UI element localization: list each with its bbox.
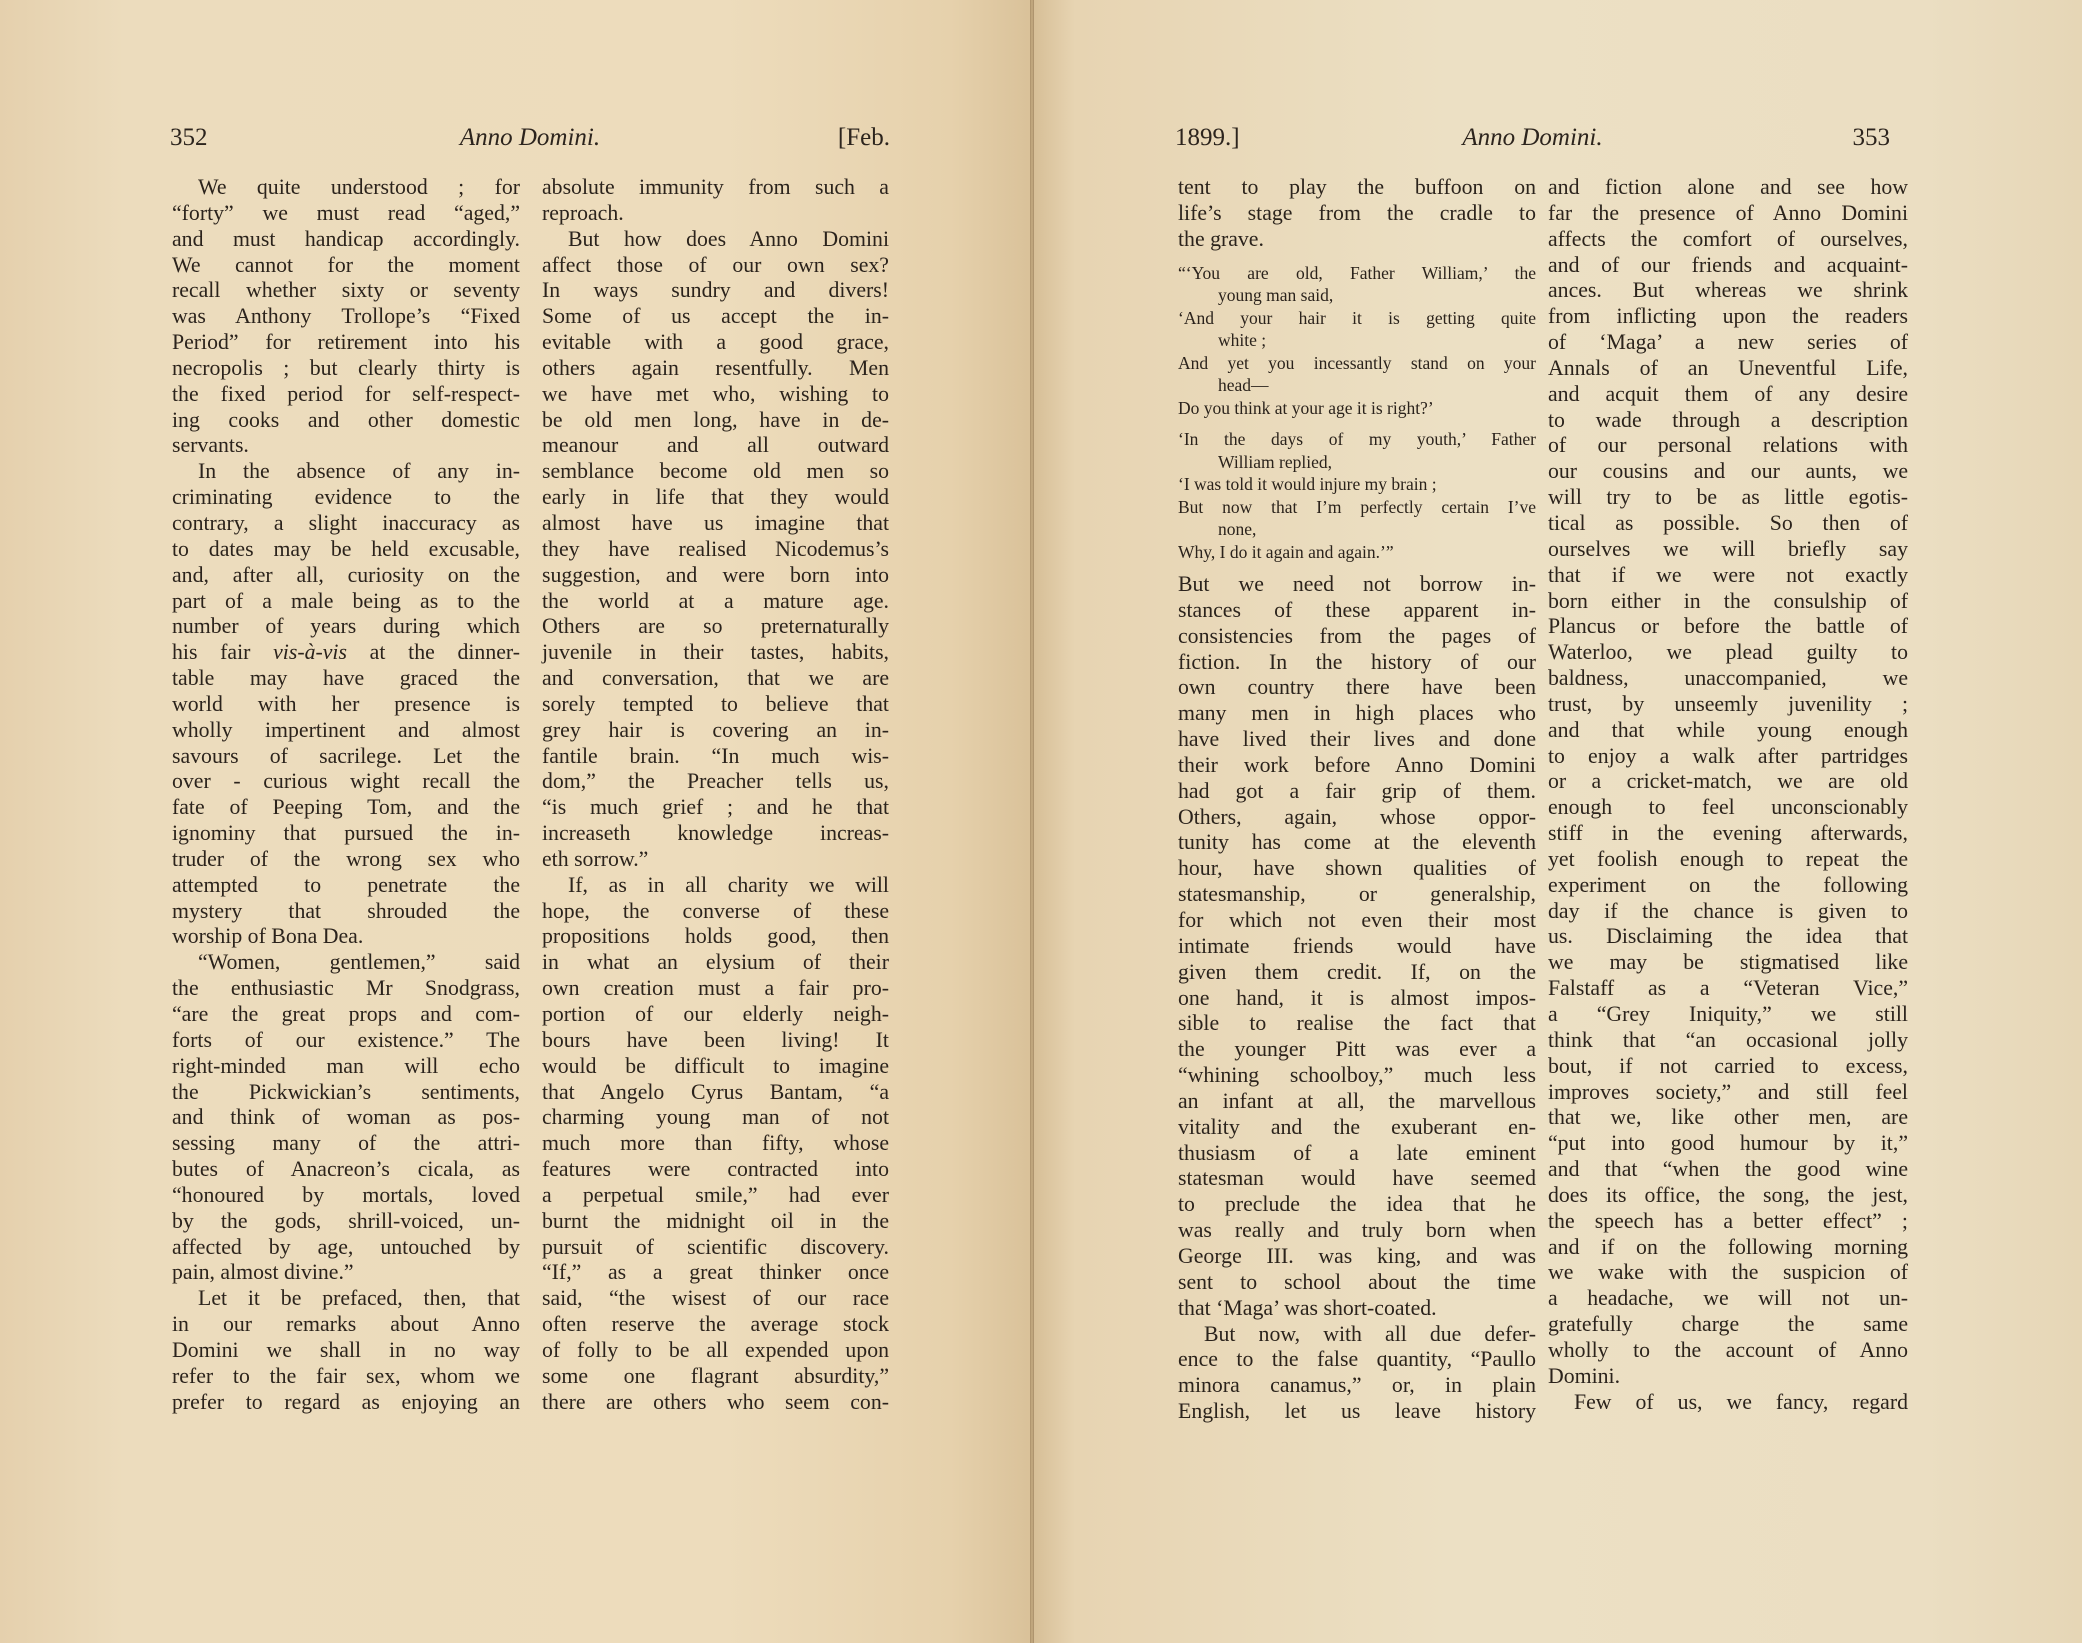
text-line: But now, with all due defer- [1178, 1322, 1536, 1348]
text-line: we may be stigmatised like [1548, 950, 1908, 976]
text-line: our cousins and our aunts, we [1548, 459, 1908, 485]
text-line: “honoured by mortals, loved [172, 1183, 520, 1209]
left-running-head: 352 Anno Domini. [Feb. [170, 124, 890, 160]
text-line: does its office, the song, the jest, [1548, 1183, 1908, 1209]
text-line: given them credit. If, on the [1178, 960, 1536, 986]
text-line: servants. [172, 433, 520, 459]
verse-line: But now that I’m perfectly certain I’ve [1178, 496, 1536, 519]
text-line: the world at a mature age. [542, 589, 889, 615]
text-line: the speech has a better effect” ; [1548, 1209, 1908, 1235]
text-line: in our remarks about Anno [172, 1312, 520, 1338]
text-line: attempted to penetrate the [172, 873, 520, 899]
text-line: that if we were not exactly [1548, 563, 1908, 589]
text-line: and acquit them of any desire [1548, 382, 1908, 408]
text-line: early in life that they would [542, 485, 889, 511]
text-line: burnt the midnight oil in the [542, 1209, 889, 1235]
text-line: English, let us leave history [1178, 1399, 1536, 1425]
text-line: gratefully charge the same [1548, 1312, 1908, 1338]
text-line: hope, the converse of these [542, 899, 889, 925]
left-page-column-1: We quite understood ; for“forty” we must… [172, 175, 520, 1416]
text-line: a perpetual smile,” had ever [542, 1183, 889, 1209]
italic-phrase: vis-à-vis [273, 640, 347, 664]
text-line: “are the great props and com- [172, 1002, 520, 1028]
text-line: We cannot for the moment [172, 253, 520, 279]
text-line: Let it be prefaced, then, that [172, 1286, 520, 1312]
text-line: Some of us accept the in- [542, 304, 889, 330]
text-line: tical as possible. So then of [1548, 511, 1908, 537]
text-line: If, as in all charity we will [542, 873, 889, 899]
text-line: we have met who, wishing to [542, 382, 889, 408]
text-line: enough to feel unconscionably [1548, 795, 1908, 821]
text-line: intimate friends would have [1178, 934, 1536, 960]
text-line: charming young man of not [542, 1105, 889, 1131]
text-line: of folly to be all expended upon [542, 1338, 889, 1364]
book-spread: 352 Anno Domini. [Feb. 1899.] Anno Domin… [0, 0, 2082, 1643]
text-line: refer to the fair sex, whom we [172, 1364, 520, 1390]
text-line: the Pickwickian’s sentiments, [172, 1080, 520, 1106]
verse-line: William replied, [1178, 451, 1536, 474]
text-line: dom,” the Preacher tells us, [542, 769, 889, 795]
running-date-left: [Feb. [838, 124, 890, 152]
text-line: “forty” we must read “aged,” [172, 201, 520, 227]
text-line: over - curious wight recall the [172, 769, 520, 795]
text-line: contrary, a slight inaccuracy as [172, 511, 520, 537]
text-line: Period” for retirement into his [172, 330, 520, 356]
text-line: “If,” as a great thinker once [542, 1260, 889, 1286]
text-line: reproach. [542, 201, 889, 227]
text-line: Plancus or before the battle of [1548, 614, 1908, 640]
text-line: will try to be as little egotis- [1548, 485, 1908, 511]
text-line: statesmanship, or generalship, [1178, 882, 1536, 908]
text-line: sible to realise the fact that [1178, 1011, 1536, 1037]
text-line: trust, by unseemly juvenility ; [1548, 692, 1908, 718]
text-line: recall whether sixty or seventy [172, 278, 520, 304]
text-line: yet foolish enough to repeat the [1548, 847, 1908, 873]
text-line: a “Grey Iniquity,” we still [1548, 1002, 1908, 1028]
text-line: But we need not borrow in- [1178, 572, 1536, 598]
text-line: ing cooks and other domestic [172, 408, 520, 434]
text-line: almost have us imagine that [542, 511, 889, 537]
text-line: propositions holds good, then [542, 924, 889, 950]
stanza-break [1178, 419, 1536, 428]
text-line: we wake with the suspicion of [1548, 1260, 1908, 1286]
text-line: stances of these apparent in- [1178, 598, 1536, 624]
text-line: much more than fifty, whose [542, 1131, 889, 1157]
text-line: We quite understood ; for [172, 175, 520, 201]
text-line: sessing many of the attri- [172, 1131, 520, 1157]
text-line: affects the comfort of ourselves, [1548, 227, 1908, 253]
text-line: wholly to the account of Anno [1548, 1338, 1908, 1364]
running-title-left: Anno Domini. [170, 124, 890, 152]
right-page-column-2: and fiction alone and see howfar the pre… [1548, 175, 1908, 1416]
text-line: to wade through a description [1548, 408, 1908, 434]
text-line: to preclude the idea that he [1178, 1192, 1536, 1218]
text-line: had got a fair grip of them. [1178, 779, 1536, 805]
text-line: stiff in the evening afterwards, [1548, 821, 1908, 847]
verse-line: Do you think at your age it is right?’ [1178, 397, 1536, 420]
text-line: bours have been living! It [542, 1028, 889, 1054]
text-line: prefer to regard as enjoying an [172, 1390, 520, 1416]
text-line: semblance become old men so [542, 459, 889, 485]
text-line: absolute immunity from such a [542, 175, 889, 201]
text-line: sorely tempted to believe that [542, 692, 889, 718]
verse-line: ‘In the days of my youth,’ Father [1178, 428, 1536, 451]
text-line: juvenile in their tastes, habits, [542, 640, 889, 666]
text-line: that Angelo Cyrus Bantam, “a [542, 1080, 889, 1106]
text-line: mystery that shrouded the [172, 899, 520, 925]
text-line: or a cricket-match, we are old [1548, 769, 1908, 795]
text-line: baldness, unaccompanied, we [1548, 666, 1908, 692]
text-line: statesman would have seemed [1178, 1166, 1536, 1192]
text-line: the fixed period for self-respect- [172, 382, 520, 408]
text-line: the grave. [1178, 227, 1536, 253]
text-line: eth sorrow.” [542, 847, 889, 873]
page-number-right: 353 [1853, 124, 1891, 152]
text-line: sent to school about the time [1178, 1270, 1536, 1296]
verse-line: ‘I was told it would injure my brain ; [1178, 473, 1536, 496]
text-line: world with her presence is [172, 692, 520, 718]
text-line: think that “an occasional jolly [1548, 1028, 1908, 1054]
verse-line: “‘You are old, Father William,’ the [1178, 262, 1536, 285]
text-line: bout, if not carried to excess, [1548, 1054, 1908, 1080]
text-line: the enthusiastic Mr Snodgrass, [172, 976, 520, 1002]
text-line: portion of our elderly neigh- [542, 1002, 889, 1028]
text-line: “put into good humour by it,” [1548, 1131, 1908, 1157]
text-line: Falstaff as a “Veteran Vice,” [1548, 976, 1908, 1002]
text-line: they have realised Nicodemus’s [542, 537, 889, 563]
text-line: one hand, it is almost impos- [1178, 986, 1536, 1012]
text-line: his fair vis-à-vis at the dinner- [172, 640, 520, 666]
text-line: ignominy that pursued the in- [172, 821, 520, 847]
text-line: from inflicting upon the readers [1548, 304, 1908, 330]
verse-line: And yet you incessantly stand on your [1178, 352, 1536, 375]
text-line: there are others who seem con- [542, 1390, 889, 1416]
text-line: improves society,” and still feel [1548, 1080, 1908, 1106]
text-line: was really and truly born when [1178, 1218, 1536, 1244]
text-line: and that while young enough [1548, 718, 1908, 744]
verse-line: white ; [1178, 329, 1536, 352]
text-line: and fiction alone and see how [1548, 175, 1908, 201]
text-line: that ‘Maga’ was short-coated. [1178, 1296, 1536, 1322]
text-line: vitality and the exuberant en- [1178, 1115, 1536, 1141]
text-line: by the gods, shrill-voiced, un- [172, 1209, 520, 1235]
text-line: the younger Pitt was ever a [1178, 1037, 1536, 1063]
text-line: others again resentfully. Men [542, 356, 889, 382]
text-line: often reserve the average stock [542, 1312, 889, 1338]
text-line: worship of Bona Dea. [172, 924, 520, 950]
verse-line: young man said, [1178, 284, 1536, 307]
text-line: suggestion, and were born into [542, 563, 889, 589]
text-line: “whining schoolboy,” much less [1178, 1063, 1536, 1089]
text-line: truder of the wrong sex who [172, 847, 520, 873]
text-line: many men in high places who [1178, 701, 1536, 727]
text-line: ence to the false quantity, “Paullo [1178, 1347, 1536, 1373]
text-line: some one flagrant absurdity,” [542, 1364, 889, 1390]
verse-line: ‘And your hair it is getting quite [1178, 307, 1536, 330]
verse-line: Why, I do it again and again.’” [1178, 541, 1536, 564]
text-line: have lived their lives and done [1178, 727, 1536, 753]
text-line: Few of us, we fancy, regard [1548, 1390, 1908, 1416]
text-line: “is much grief ; and he that [542, 795, 889, 821]
text-line: and of our friends and acquaint- [1548, 253, 1908, 279]
running-title-right: Anno Domini. [1175, 124, 1890, 152]
text-line: grey hair is covering an in- [542, 718, 889, 744]
text-line: increaseth knowledge increas- [542, 821, 889, 847]
verse-spacing [1178, 253, 1536, 262]
text-line: hour, have shown qualities of [1178, 856, 1536, 882]
text-line: “Women, gentlemen,” said [172, 950, 520, 976]
text-line: part of a male being as to the [172, 589, 520, 615]
text-line: Others are so preternaturally [542, 614, 889, 640]
verse-spacing [1178, 563, 1536, 572]
text-line: Annals of an Uneventful Life, [1548, 356, 1908, 382]
text-line: butes of Anacreon’s cicala, as [172, 1157, 520, 1183]
text-line: a headache, we will not un- [1548, 1286, 1908, 1312]
verse-line: none, [1178, 518, 1536, 541]
text-line: ourselves we will briefly say [1548, 537, 1908, 563]
left-page-column-2: absolute immunity from such areproach.Bu… [542, 175, 889, 1416]
text-line: and, after all, curiosity on the [172, 563, 520, 589]
text-line: fiction. In the history of our [1178, 650, 1536, 676]
text-line: consistencies from the pages of [1178, 624, 1536, 650]
text-line: for which not even their most [1178, 908, 1536, 934]
text-line: tunity has come at the eleventh [1178, 830, 1536, 856]
text-line: born either in the consulship of [1548, 589, 1908, 615]
text-line: tent to play the buffoon on [1178, 175, 1536, 201]
text-line: fate of Peeping Tom, and the [172, 795, 520, 821]
text-line: far the presence of Anno Domini [1548, 201, 1908, 227]
text-line: pursuit of scientific discovery. [542, 1235, 889, 1261]
text-line: evitable with a good grace, [542, 330, 889, 356]
text-line: of our personal relations with [1548, 433, 1908, 459]
text-line: be old men long, have in de- [542, 408, 889, 434]
text-line: Domini. [1548, 1364, 1908, 1390]
text-line: day if the chance is given to [1548, 899, 1908, 925]
text-line: own country there have been [1178, 675, 1536, 701]
right-running-head: 1899.] Anno Domini. 353 [1175, 124, 1890, 160]
text-line: said, “the wisest of our race [542, 1286, 889, 1312]
text-line: their work before Anno Domini [1178, 753, 1536, 779]
text-line: fantile brain. “In much wis- [542, 744, 889, 770]
text-line: minora canamus,” or, in plain [1178, 1373, 1536, 1399]
text-line: Others, again, whose oppor- [1178, 805, 1536, 831]
verse-line: head— [1178, 374, 1536, 397]
text-line: right-minded man will echo [172, 1054, 520, 1080]
text-line: Domini we shall in no way [172, 1338, 520, 1364]
text-line: thusiasm of a late eminent [1178, 1141, 1536, 1167]
text-line: and must handicap accordingly. [172, 227, 520, 253]
text-line: in what an elysium of their [542, 950, 889, 976]
text-line: us. Disclaiming the idea that [1548, 924, 1908, 950]
text-line: number of years during which [172, 614, 520, 640]
text-line: and that “when the good wine [1548, 1157, 1908, 1183]
text-line: and if on the following morning [1548, 1235, 1908, 1261]
text-line: that we, like other men, are [1548, 1105, 1908, 1131]
text-line: ances. But whereas we shrink [1548, 278, 1908, 304]
text-line: pain, almost divine.” [172, 1260, 520, 1286]
text-line: necropolis ; but clearly thirty is [172, 356, 520, 382]
text-line: But how does Anno Domini [542, 227, 889, 253]
text-line: would be difficult to imagine [542, 1054, 889, 1080]
text-line: Waterloo, we plead guilty to [1548, 640, 1908, 666]
text-line: and think of woman as pos- [172, 1105, 520, 1131]
text-line: and conversation, that we are [542, 666, 889, 692]
text-line: of ‘Maga’ a new series of [1548, 330, 1908, 356]
text-line: to dates may be held excusable, [172, 537, 520, 563]
text-line: was Anthony Trollope’s “Fixed [172, 304, 520, 330]
right-page-column-1: tent to play the buffoon onlife’s stage … [1178, 175, 1536, 1425]
text-line: George III. was king, and was [1178, 1244, 1536, 1270]
text-line: forts of our existence.” The [172, 1028, 520, 1054]
text-line: savours of sacrilege. Let the [172, 744, 520, 770]
text-line: affect those of our own sex? [542, 253, 889, 279]
text-line: experiment on the following [1548, 873, 1908, 899]
text-line: In ways sundry and divers! [542, 278, 889, 304]
text-line: wholly impertinent and almost [172, 718, 520, 744]
book-spine-gutter [1030, 0, 1034, 1643]
text-line: life’s stage from the cradle to [1178, 201, 1536, 227]
text-line: features were contracted into [542, 1157, 889, 1183]
text-line: to enjoy a walk after partridges [1548, 744, 1908, 770]
text-line: table may have graced the [172, 666, 520, 692]
text-line: meanour and all outward [542, 433, 889, 459]
text-line: In the absence of any in- [172, 459, 520, 485]
text-line: criminating evidence to the [172, 485, 520, 511]
text-line: an infant at all, the marvellous [1178, 1089, 1536, 1115]
text-line: own creation must a fair pro- [542, 976, 889, 1002]
text-line: affected by age, untouched by [172, 1235, 520, 1261]
